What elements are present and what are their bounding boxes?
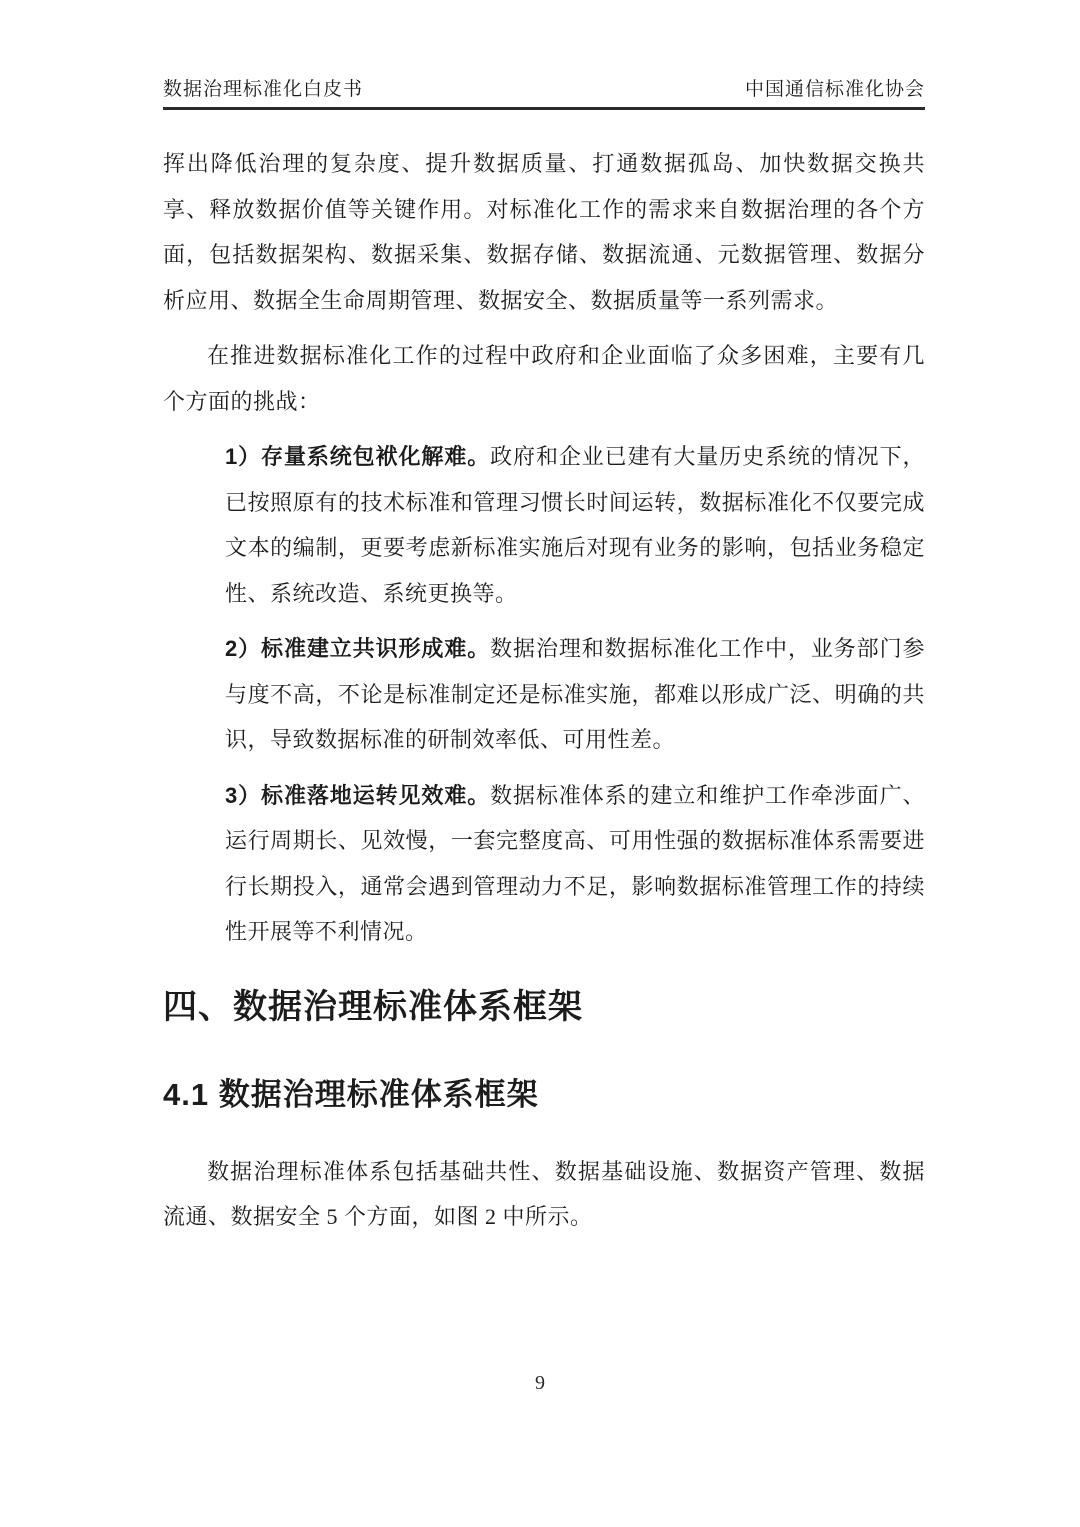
challenge-3-lead: 3）标准落地运转见效难。	[225, 783, 490, 808]
document-page: 数据治理标准化白皮书 中国通信标准化协会 挥出降低治理的复杂度、提升数据质量、打…	[0, 0, 1080, 1527]
subsection-heading: 4.1 数据治理标准体系框架	[163, 1075, 925, 1115]
page-header: 数据治理标准化白皮书 中国通信标准化协会	[163, 0, 925, 110]
header-left-title: 数据治理标准化白皮书	[163, 74, 363, 101]
paragraph-challenges-intro: 在推进数据标准化工作的过程中政府和企业面临了众多困难，主要有几个方面的挑战：	[163, 333, 925, 424]
challenge-item-3: 3）标准落地运转见效难。数据标准体系的建立和维护工作牵涉面广、运行周期长、见效慢…	[225, 773, 925, 955]
paragraph-framework-overview: 数据治理标准体系包括基础共性、数据基础设施、数据资产管理、数据流通、数据安全 5…	[163, 1149, 925, 1240]
challenge-item-1: 1）存量系统包袱化解难。政府和企业已建有大量历史系统的情况下，已按照原有的技术标…	[225, 434, 925, 616]
page-number: 9	[0, 1372, 1080, 1395]
challenge-item-2: 2）标准建立共识形成难。数据治理和数据标准化工作中，业务部门参与度不高，不论是标…	[225, 626, 925, 763]
challenge-2-lead: 2）标准建立共识形成难。	[225, 636, 490, 661]
challenge-1-lead: 1）存量系统包袱化解难。	[225, 444, 490, 469]
section-heading: 四、数据治理标准体系框架	[163, 985, 925, 1029]
page-content: 挥出降低治理的复杂度、提升数据质量、打通数据孤岛、加快数据交换共享、释放数据价值…	[163, 141, 925, 1240]
header-right-title: 中国通信标准化协会	[745, 74, 925, 101]
paragraph-continuation: 挥出降低治理的复杂度、提升数据质量、打通数据孤岛、加快数据交换共享、释放数据价值…	[163, 141, 925, 323]
